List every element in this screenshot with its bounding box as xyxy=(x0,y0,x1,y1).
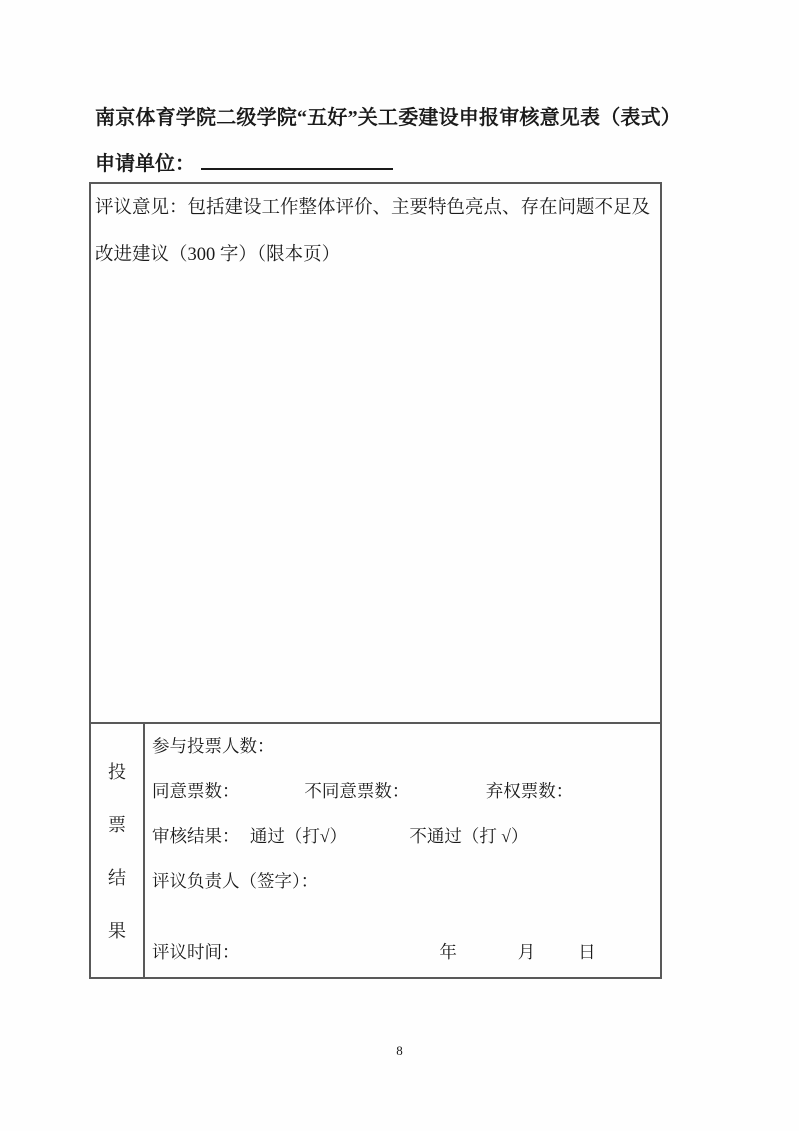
audit-result-fail-option: 不通过（打 √） xyxy=(409,826,528,846)
vote-result-content: 参与投票人数： 同意票数： 不同意票数： 弃权票数： 审核结果： 通过（打√） … xyxy=(145,724,660,977)
document-title: 南京体育学院二级学院“五好”关工委建设申报审核意见表（表式） xyxy=(95,101,681,130)
vote-header-char-3: 结 xyxy=(108,864,126,890)
vote-result-header: 投 票 结 果 xyxy=(91,724,145,977)
participants-row: 参与投票人数： xyxy=(152,724,652,769)
vote-counts-row: 同意票数： 不同意票数： 弃权票数： xyxy=(152,769,652,814)
agree-votes-label: 同意票数： xyxy=(152,769,300,814)
abstain-votes-label: 弃权票数： xyxy=(486,781,574,801)
audit-result-row: 审核结果： 通过（打√） 不通过（打 √） xyxy=(152,814,652,859)
disagree-votes-label: 不同意票数： xyxy=(304,769,481,814)
month-label: 月 xyxy=(518,930,574,975)
review-opinion-cell: 评议意见：包括建设工作整体评价、主要特色亮点、存在问题不足及 改进建议（300 … xyxy=(91,184,660,724)
signer-row: 评议负责人（签字）： xyxy=(152,859,652,904)
vote-header-char-1: 投 xyxy=(108,758,126,784)
document-page: 南京体育学院二级学院“五好”关工委建设申报审核意见表（表式） 申请单位： 评议意… xyxy=(0,0,799,1131)
vote-header-char-2: 票 xyxy=(108,811,126,837)
applicant-line: 申请单位： xyxy=(95,146,393,176)
audit-result-label: 审核结果： xyxy=(152,826,240,846)
year-label: 年 xyxy=(439,930,513,975)
vote-header-char-4: 果 xyxy=(108,917,126,943)
review-time-row: 评议时间： 年 月 日 xyxy=(152,930,652,975)
page-number: 8 xyxy=(0,1043,799,1059)
review-opinion-line1: 评议意见：包括建设工作整体评价、主要特色亮点、存在问题不足及 xyxy=(95,185,654,232)
review-time-label: 评议时间： xyxy=(152,930,435,975)
day-label: 日 xyxy=(578,942,596,962)
review-form-table: 评议意见：包括建设工作整体评价、主要特色亮点、存在问题不足及 改进建议（300 … xyxy=(89,182,662,979)
audit-result-pass-option: 通过（打√） xyxy=(250,826,347,846)
vote-result-section: 投 票 结 果 参与投票人数： 同意票数： 不同意票数： 弃权票数： 审核结果：… xyxy=(91,724,660,977)
applicant-label: 申请单位： xyxy=(95,153,195,175)
applicant-blank-field xyxy=(201,146,393,170)
review-opinion-line2: 改进建议（300 字）（限本页） xyxy=(95,232,654,279)
